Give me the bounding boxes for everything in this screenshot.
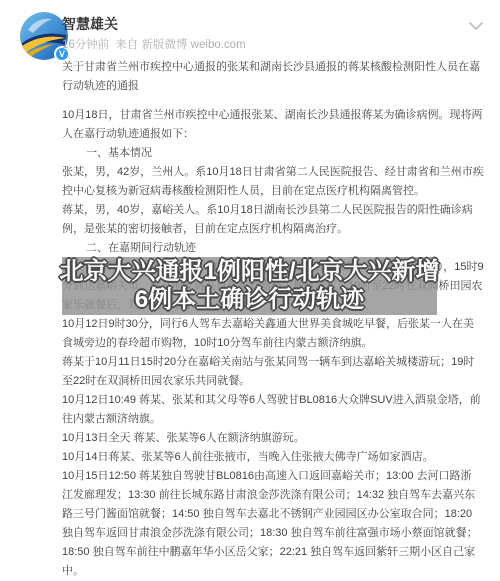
- body-line: 张某，男，42岁，兰州人。系10月18日甘肃省第二人民医院报告、经甘肃省和兰州市…: [62, 163, 482, 182]
- body-line: 往内蒙古额济纳旗。: [62, 410, 482, 429]
- body-line: 食城旁边的春玲超市购物，10时10分驾车前往内蒙古额济纳旗。: [62, 334, 482, 353]
- body-line: 10月13日全天 蒋某、张某等6人在额济纳旗游玩。: [62, 429, 482, 448]
- body-line: 行动轨迹的通报: [62, 77, 482, 96]
- section-heading: 一、基本情况: [62, 144, 482, 163]
- body-line: 蒋某于10月11日15时20分在嘉峪关南站与张某同驾一辆车到达嘉峪关城楼游玩；1…: [62, 353, 482, 372]
- post-meta: 16分钟前来自 新版微博 weibo.com: [62, 36, 246, 52]
- post-source: 来自 新版微博 weibo.com: [115, 39, 245, 51]
- body-line: 人在嘉行动轨迹通报如下：: [62, 125, 482, 144]
- body-line: 中。: [62, 562, 482, 581]
- body-line: 18:50 独自驾车前往中鹏嘉年华小区岳父家；22:21 独自驾车返回紫轩三期小…: [62, 543, 482, 562]
- overlay-headline-line1: 北京大兴通报1例阳性/北京大兴新增: [60, 258, 440, 286]
- body-line: 江发廊理发；13:30 前往长城东路甘肃浪金莎洗涤有限公司；14:32 独自驾车…: [62, 486, 482, 505]
- body-line: 10月15日12:50 蒋某独自驾驶甘BL0816由高速入口返回嘉峪关市；13:…: [62, 467, 482, 486]
- chevron-down-icon[interactable]: [466, 18, 486, 34]
- author-name[interactable]: 智慧雄关: [62, 14, 118, 34]
- post-body: 关于甘肃省兰州市疾控中心通报的张某和湖南长沙县通报的蒋某核酸检测阳性人员在嘉 行…: [62, 58, 482, 581]
- avatar[interactable]: V: [20, 12, 68, 60]
- body-line: 10月12日9时30分，同行6人驾车去嘉峪关鑫通大世界美食城吃早餐，后张某一人在…: [62, 315, 482, 334]
- body-line: 至22时在双洞桥田园农家乐共同就餐。: [62, 372, 482, 391]
- body-line: 控中心复核为新冠病毒核酸检测阳性人员，目前在定点医疗机构隔离管控。: [62, 182, 482, 201]
- post-time: 16分钟前: [62, 39, 109, 51]
- body-line: 10月18日，甘肃省兰州市疾控中心通报张某、湖南长沙县通报蒋某为确诊病例。现将两: [62, 106, 482, 125]
- body-line: 路三号门酱面馆就餐；14:50 独自驾车去嘉北不锈钢产业园园区办公室取合同；18…: [62, 505, 482, 524]
- headline-watermark-overlay: 北京大兴通报1例阳性/北京大兴新增 6例本土确诊行动轨迹: [62, 257, 437, 315]
- body-line: 独自驾车返回甘肃浪金莎洗涤有限公司；18:30 独自驾车前往富强市场小蔡面馆就餐…: [62, 524, 482, 543]
- section-heading: 二、在嘉期间行动轨迹: [62, 239, 482, 258]
- weibo-post-card: V 智慧雄关 16分钟前来自 新版微博 weibo.com 关于甘肃省兰州市疾控…: [0, 0, 500, 581]
- body-line: 10月12日10:49 蒋某、张某和其父母等6人驾驶甘BL0816大众牌SUV进…: [62, 391, 482, 410]
- body-line: 10月14日蒋某、张某等6人前往张掖市，当晚入住张掖大佛寺广场如家酒店。: [62, 448, 482, 467]
- overlay-headline-line2: 6例本土确诊行动轨迹: [135, 286, 364, 314]
- body-line: 蒋某，男，40岁，嘉峪关人。系10月18日湖南长沙县第二人民医院报告的阳性确诊病: [62, 201, 482, 220]
- body-line: 关于甘肃省兰州市疾控中心通报的张某和湖南长沙县通报的蒋某核酸检测阳性人员在嘉: [62, 58, 482, 77]
- body-line: 例，是张某的密切接触者，目前在定点医疗机构隔离治疗。: [62, 220, 482, 239]
